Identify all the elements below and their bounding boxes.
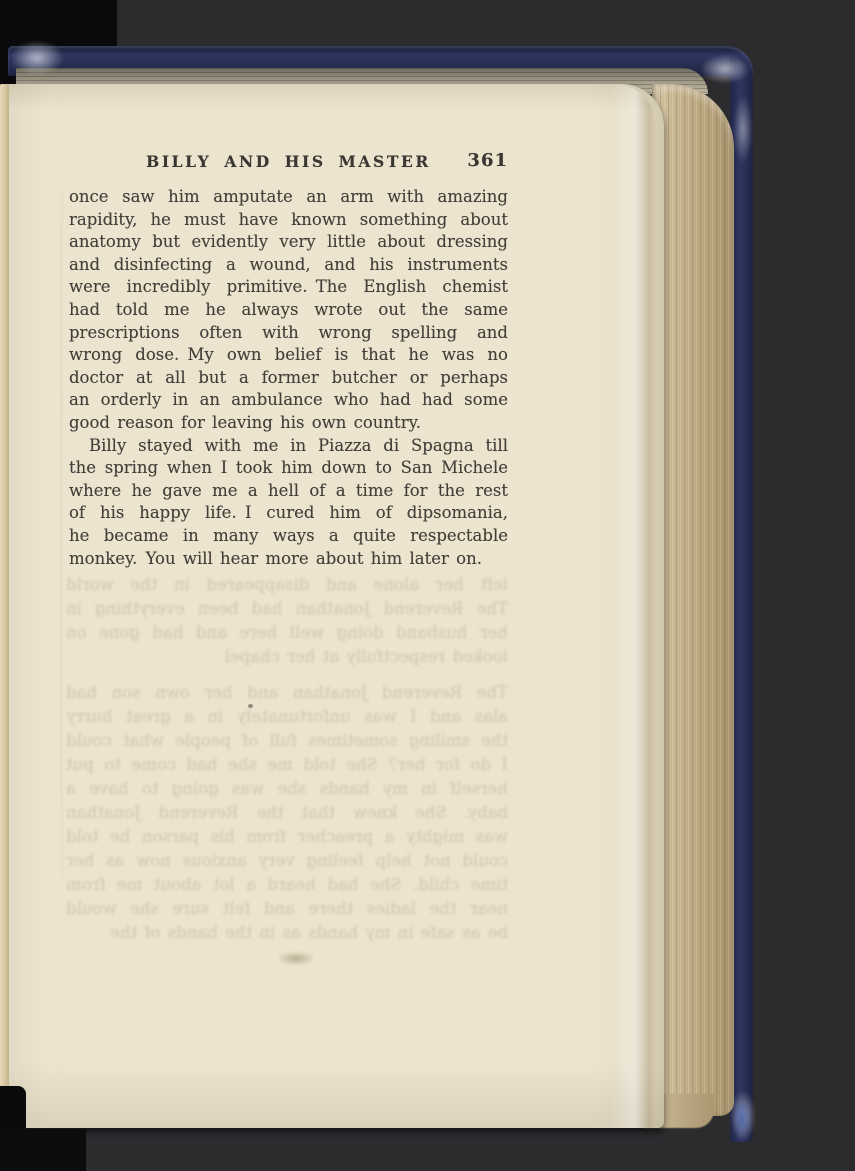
background-shadow-bottom-strip <box>0 1129 86 1171</box>
text-line: the spring when I took him down to San M… <box>69 457 508 480</box>
page-body-text: once saw him amputate an arm with amazin… <box>69 186 508 570</box>
ghost-text-line: The Reverend Jonathan had been everythin… <box>66 597 508 621</box>
facing-page-edge-strip <box>0 84 9 1126</box>
ghost-paragraph: left her alone and disappeared in the wo… <box>66 573 508 669</box>
text-line: an orderly in an ambulance who had had s… <box>69 389 508 412</box>
ghost-text-line: the smiling sometimes full of people wha… <box>66 729 508 753</box>
text-line: prescriptions often with wrong spelling … <box>69 322 508 345</box>
ghost-text-line: be as safe in my hands as in the hands o… <box>66 921 508 945</box>
page-number: 361 <box>467 150 508 171</box>
show-through-text: left her alone and disappeared in the wo… <box>66 573 508 945</box>
text-line: monkey. You will hear more about him lat… <box>69 548 508 571</box>
text-line: good reason for leaving his own country. <box>69 412 508 435</box>
text-line: once saw him amputate an arm with amazin… <box>69 186 508 209</box>
text-line: where he gave me a hell of a time for th… <box>69 480 508 503</box>
ghost-text-line: looked respectfully at her chapel <box>66 645 508 669</box>
cover-fray-top-left <box>10 40 64 76</box>
ghost-text-line: time child. She had heard a lot about me… <box>66 873 508 897</box>
text-line: and disinfecting a wound, and his instru… <box>69 254 508 277</box>
ghost-text-line: her husband doing well here and had gone… <box>66 621 508 645</box>
cover-fray-top-right <box>700 54 750 84</box>
ghost-text-line: herself in my hands she was going to hav… <box>66 777 508 801</box>
page-header: BILLY AND HIS MASTER 361 <box>69 152 508 172</box>
text-line: Billy stayed with me in Piazza di Spagna… <box>69 435 508 458</box>
ghost-text-line: baby. She knew that the Reverend Jonatha… <box>66 801 508 825</box>
show-through-page-number-smudge <box>278 952 314 965</box>
ghost-text-line: alas and I was unfortunately in a great … <box>66 705 508 729</box>
page-speck <box>248 704 253 708</box>
text-line: wrong dose. My own belief is that he was… <box>69 344 508 367</box>
text-line: were incredibly primitive. The English c… <box>69 276 508 299</box>
ghost-text-line: was mighty a preacher from his parson he… <box>66 825 508 849</box>
text-line: anatomy but evidently very little about … <box>69 231 508 254</box>
ghost-text-line: left her alone and disappeared in the wo… <box>66 573 508 597</box>
background-shadow-bottom-left <box>0 1086 26 1134</box>
cover-fray-bottom-right-blue <box>733 1098 751 1138</box>
page-stack-fore-edge <box>652 84 734 1116</box>
text-line: doctor at all but a former butcher or pe… <box>69 367 508 390</box>
ghost-text-line: could not help feeling very anxious now … <box>66 849 508 873</box>
cover-fray-right <box>733 94 753 164</box>
ghost-text-line: near the ladies there and felt sure she … <box>66 897 508 921</box>
running-title: BILLY AND HIS MASTER <box>69 152 508 171</box>
scanned-book-photo: BILLY AND HIS MASTER 361 once saw him am… <box>0 0 855 1171</box>
text-line: rapidity, he must have known something a… <box>69 209 508 232</box>
text-line: of his happy life. I cured him of dipsom… <box>69 502 508 525</box>
ghost-text-line: I do for her? She told me she had come t… <box>66 753 508 777</box>
text-line: he became in many ways a quite respectab… <box>69 525 508 548</box>
text-line: had told me he always wrote out the same <box>69 299 508 322</box>
book-page: BILLY AND HIS MASTER 361 once saw him am… <box>0 84 664 1128</box>
ghost-text-line: The Reverend Jonathan and her own son ha… <box>66 681 508 705</box>
ghost-paragraph: The Reverend Jonathan and her own son ha… <box>66 681 508 945</box>
